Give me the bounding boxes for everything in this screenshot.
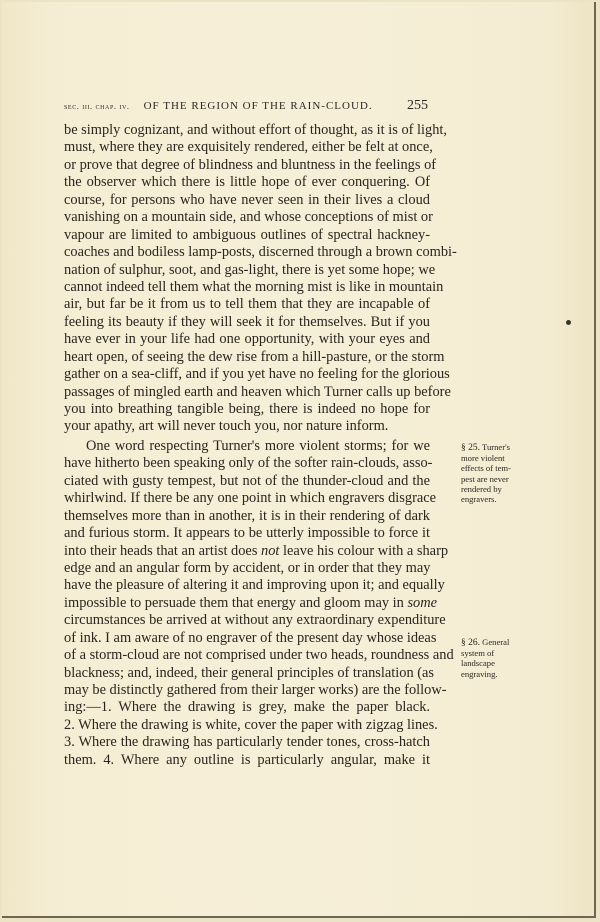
text-line: course, for persons who have never seen … (64, 192, 430, 209)
text-line: into their heads that an artist does not… (64, 543, 430, 560)
text-line: cannot indeed tell them what the morning… (64, 279, 430, 296)
text-line: air, but far be it from us to tell them … (64, 296, 430, 313)
text-line: nation of sulphur, soot, and gas-light, … (64, 262, 430, 279)
paragraph-2: One word respecting Turner's more violen… (64, 438, 430, 769)
section-mark: § 25. (461, 443, 480, 453)
text-line: passages of mingled earth and heaven whi… (64, 384, 430, 401)
text-line: you into breathing tangible being, there… (64, 401, 430, 418)
text-line: ciated with gusty tempest, but not of th… (64, 473, 430, 490)
book-page: SEC. III. CHAP. IV. OF THE REGION OF THE… (2, 2, 596, 918)
text-line: be simply cognizant, and without effort … (64, 122, 430, 139)
text-line: 3. Where the drawing has particularly te… (64, 734, 430, 751)
ink-spot (566, 320, 571, 325)
text-line: must, where they are exquisitely rendere… (64, 139, 430, 156)
text-line: coaches and bodiless lamp-posts, discern… (64, 244, 430, 261)
text-line: feeling its beauty if they will seek it … (64, 314, 430, 331)
text-line: impossible to persuade them that energy … (64, 595, 430, 612)
text-line: gather on a sea-cliff, and if you yet ha… (64, 366, 430, 383)
text-line: them. 4. Where any outline is particular… (64, 752, 430, 769)
text-line: the observer which there is little hope … (64, 174, 430, 191)
text-line: your apathy, art will never touch you, n… (64, 418, 430, 435)
running-head: SEC. III. CHAP. IV. OF THE REGION OF THE… (64, 98, 428, 114)
text-line: One word respecting Turner's more violen… (64, 438, 430, 455)
text-line: or prove that degree of blindness and bl… (64, 157, 430, 174)
text-line: vanishing on a mountain side, and whose … (64, 209, 430, 226)
text-line: heart open, of seeing the dew rise from … (64, 349, 430, 366)
text-line: whirlwind. If there be any one point in … (64, 490, 430, 507)
text-line: have the pleasure of altering it and imp… (64, 577, 430, 594)
text-line: themselves more than in another, it is i… (64, 508, 430, 525)
paragraph-1: be simply cognizant, and without effort … (64, 122, 430, 436)
text-line: have ever in your life had one opportuni… (64, 331, 430, 348)
page-number: 255 (407, 98, 428, 114)
text-line: circumstances be arrived at without any … (64, 612, 430, 629)
sidenote-26: § 26. General system of landscape engrav… (461, 637, 561, 679)
text-line: blackness; and, indeed, their general pr… (64, 665, 430, 682)
text-line: have hitherto been speaking only of the … (64, 455, 430, 472)
chapter-title: OF THE REGION OF THE RAIN-CLOUD. (144, 100, 373, 112)
text-line: may be distinctly gathered from their la… (64, 682, 430, 699)
text-line: 2. Where the drawing is white, cover the… (64, 717, 430, 734)
section-chapter-label: SEC. III. CHAP. IV. (64, 101, 130, 111)
sidenote-25: § 25. Turner's more violent effects of t… (461, 442, 561, 504)
text-line: and furious storm. It appears to be utte… (64, 525, 430, 542)
text-line: vapour are limited to ambiguous outlines… (64, 227, 430, 244)
text-line: ing:—1. Where the drawing is grey, make … (64, 699, 430, 716)
text-line: of ink. I am aware of no engraver of the… (64, 630, 430, 647)
text-line: edge and an angular form by accident, or… (64, 560, 430, 577)
section-mark: § 26. (461, 638, 480, 648)
text-line: of a storm-cloud are not comprised under… (64, 647, 430, 664)
body-text: be simply cognizant, and without effort … (64, 122, 430, 769)
